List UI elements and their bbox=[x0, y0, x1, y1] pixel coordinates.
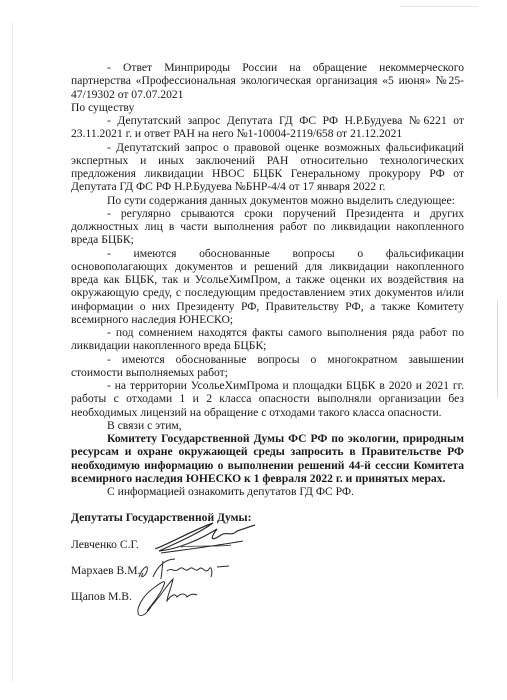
signer-row: Мархаев В.М. bbox=[71, 551, 464, 577]
paragraph-summary-intro: По сути содержания данных документов мож… bbox=[71, 194, 464, 207]
paragraph-finding-licenses: - на территории УсольеХимПрома и площадк… bbox=[71, 379, 464, 419]
paragraph-finding-falsification: - имеются обоснованные вопросы о фальсиф… bbox=[71, 247, 464, 327]
signatures-heading: Депутаты Государственной Думы: bbox=[71, 511, 464, 524]
paragraph-finding-deadlines: - регулярно срываются сроки поручений Пр… bbox=[71, 207, 464, 247]
paragraph-minprirody-reply: - Ответ Минприроды России на обращение н… bbox=[71, 61, 464, 101]
paragraph-po-sushchestvu: По существу bbox=[71, 101, 464, 114]
page-edge bbox=[12, 22, 13, 682]
signer-name: Щапов М.В. bbox=[71, 590, 132, 603]
paragraph-deputy-request-6221: - Депутатский запрос Депутата ГД ФС РФ Н… bbox=[71, 114, 464, 141]
signer-row: Щапов М.В. bbox=[71, 577, 464, 603]
paragraph-finding-cost-inflation: - имеются обоснованные вопросы о многокр… bbox=[71, 353, 464, 380]
signer-name: Левченко С.Г. bbox=[71, 538, 139, 551]
paragraph-resolution: Комитету Государственной Думы ФС РФ по э… bbox=[71, 432, 464, 485]
paragraph-deputy-request-prosecutor: - Депутатский запрос о правовой оценке в… bbox=[71, 141, 464, 194]
spacer bbox=[71, 498, 464, 511]
paragraph-in-this-regard: В связи с этим, bbox=[71, 419, 464, 432]
signer-row: Левченко С.Г. bbox=[71, 525, 464, 551]
paragraph-finding-doubtful-works: - под сомнением находятся факты самого в… bbox=[71, 326, 464, 353]
page-edge bbox=[497, 300, 498, 398]
handwritten-signature-icon bbox=[133, 575, 203, 619]
signer-name: Мархаев В.М. bbox=[71, 564, 140, 577]
paragraph-inform-deputies: С информацией ознакомить депутатов ГД ФС… bbox=[71, 485, 464, 498]
document-body: - Ответ Минприроды России на обращение н… bbox=[71, 61, 464, 603]
page-edge bbox=[400, 6, 478, 7]
